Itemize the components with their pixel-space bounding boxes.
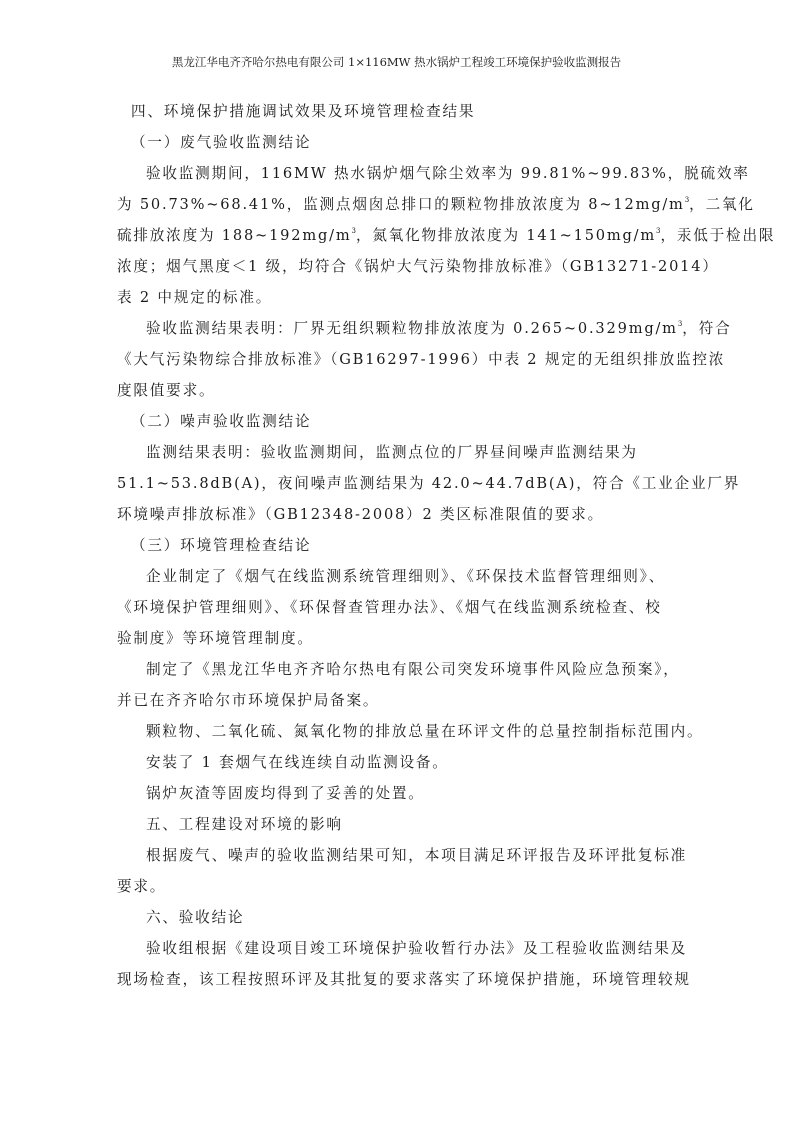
paragraph-line: 验收监测结果表明：厂界无组织颗粒物排放浓度为 0.265~0.329mg/m3，… xyxy=(117,313,679,344)
paragraph-line: 验收组根据《建设项目竣工环境保护验收暂行办法》及工程验收监测结果及 xyxy=(117,933,679,964)
paragraph-line: 浓度；烟气黑度＜1 级，均符合《锅炉大气污染物排放标准》（GB13271-201… xyxy=(117,251,679,282)
paragraph-line: 锅炉灰渣等固废均得到了妥善的处置。 xyxy=(117,778,679,809)
paragraph-line: 现场检查，该工程按照环评及其批复的要求落实了环境保护措施，环境管理较规 xyxy=(117,964,679,995)
paragraph-line: 为 50.73%~68.41%，监测点烟囱总排口的颗粒物排放浓度为 8~12mg… xyxy=(117,189,679,220)
paragraph-line: 《大气污染物综合排放标准》（GB16297-1996）中表 2 规定的无组织排放… xyxy=(117,344,679,375)
section-6-title: 六、验收结论 xyxy=(117,902,679,933)
paragraph-line: 验制度》等环境管理制度。 xyxy=(117,623,679,654)
section-4-title: 四、环境保护措施调试效果及环境管理检查结果 xyxy=(117,96,679,127)
paragraph-line: 51.1~53.8dB(A)，夜间噪声监测结果为 42.0~44.7dB(A)，… xyxy=(117,468,679,499)
paragraph-line: 环境噪声排放标准》（GB12348-2008）2 类区标准限值的要求。 xyxy=(117,499,679,530)
paragraph-line: 验收监测期间，116MW 热水锅炉烟气除尘效率为 99.81%~99.83%，脱… xyxy=(117,158,679,189)
section-5-title: 五、工程建设对环境的影响 xyxy=(117,809,679,840)
section-4-1-title: （一）废气验收监测结论 xyxy=(117,127,679,158)
paragraph-line: 根据废气、噪声的验收监测结果可知，本项目满足环评报告及环评批复标准 xyxy=(117,840,679,871)
paragraph-line: 表 2 中规定的标准。 xyxy=(117,282,679,313)
paragraph-line: 颗粒物、二氧化硫、氮氧化物的排放总量在环评文件的总量控制指标范围内。 xyxy=(117,716,679,747)
section-4-2-title: （二）噪声验收监测结论 xyxy=(117,406,679,437)
paragraph-line: 度限值要求。 xyxy=(117,375,679,406)
paragraph-line: 安装了 1 套烟气在线连续自动监测设备。 xyxy=(117,747,679,778)
paragraph-line: 《环境保护管理细则》、《环保督查管理办法》、《烟气在线监测系统检查、校 xyxy=(117,592,679,623)
paragraph-line: 监测结果表明：验收监测期间，监测点位的厂界昼间噪声监测结果为 xyxy=(117,437,679,468)
page-header: 黑龙江华电齐齐哈尔热电有限公司 1×116MW 热水锅炉工程竣工环境保护验收监测… xyxy=(0,54,793,70)
paragraph-line: 要求。 xyxy=(117,871,679,902)
document-body: 四、环境保护措施调试效果及环境管理检查结果 （一）废气验收监测结论 验收监测期间… xyxy=(117,96,679,995)
paragraph-line: 制定了《黑龙江华电齐齐哈尔热电有限公司突发环境事件风险应急预案》， xyxy=(117,654,679,685)
paragraph-line: 硫排放浓度为 188~192mg/m3，氮氧化物排放浓度为 141~150mg/… xyxy=(117,220,679,251)
section-4-3-title: （三）环境管理检查结论 xyxy=(117,530,679,561)
paragraph-line: 并已在齐齐哈尔市环境保护局备案。 xyxy=(117,685,679,716)
paragraph-line: 企业制定了《烟气在线监测系统管理细则》、《环保技术监督管理细则》、 xyxy=(117,561,679,592)
